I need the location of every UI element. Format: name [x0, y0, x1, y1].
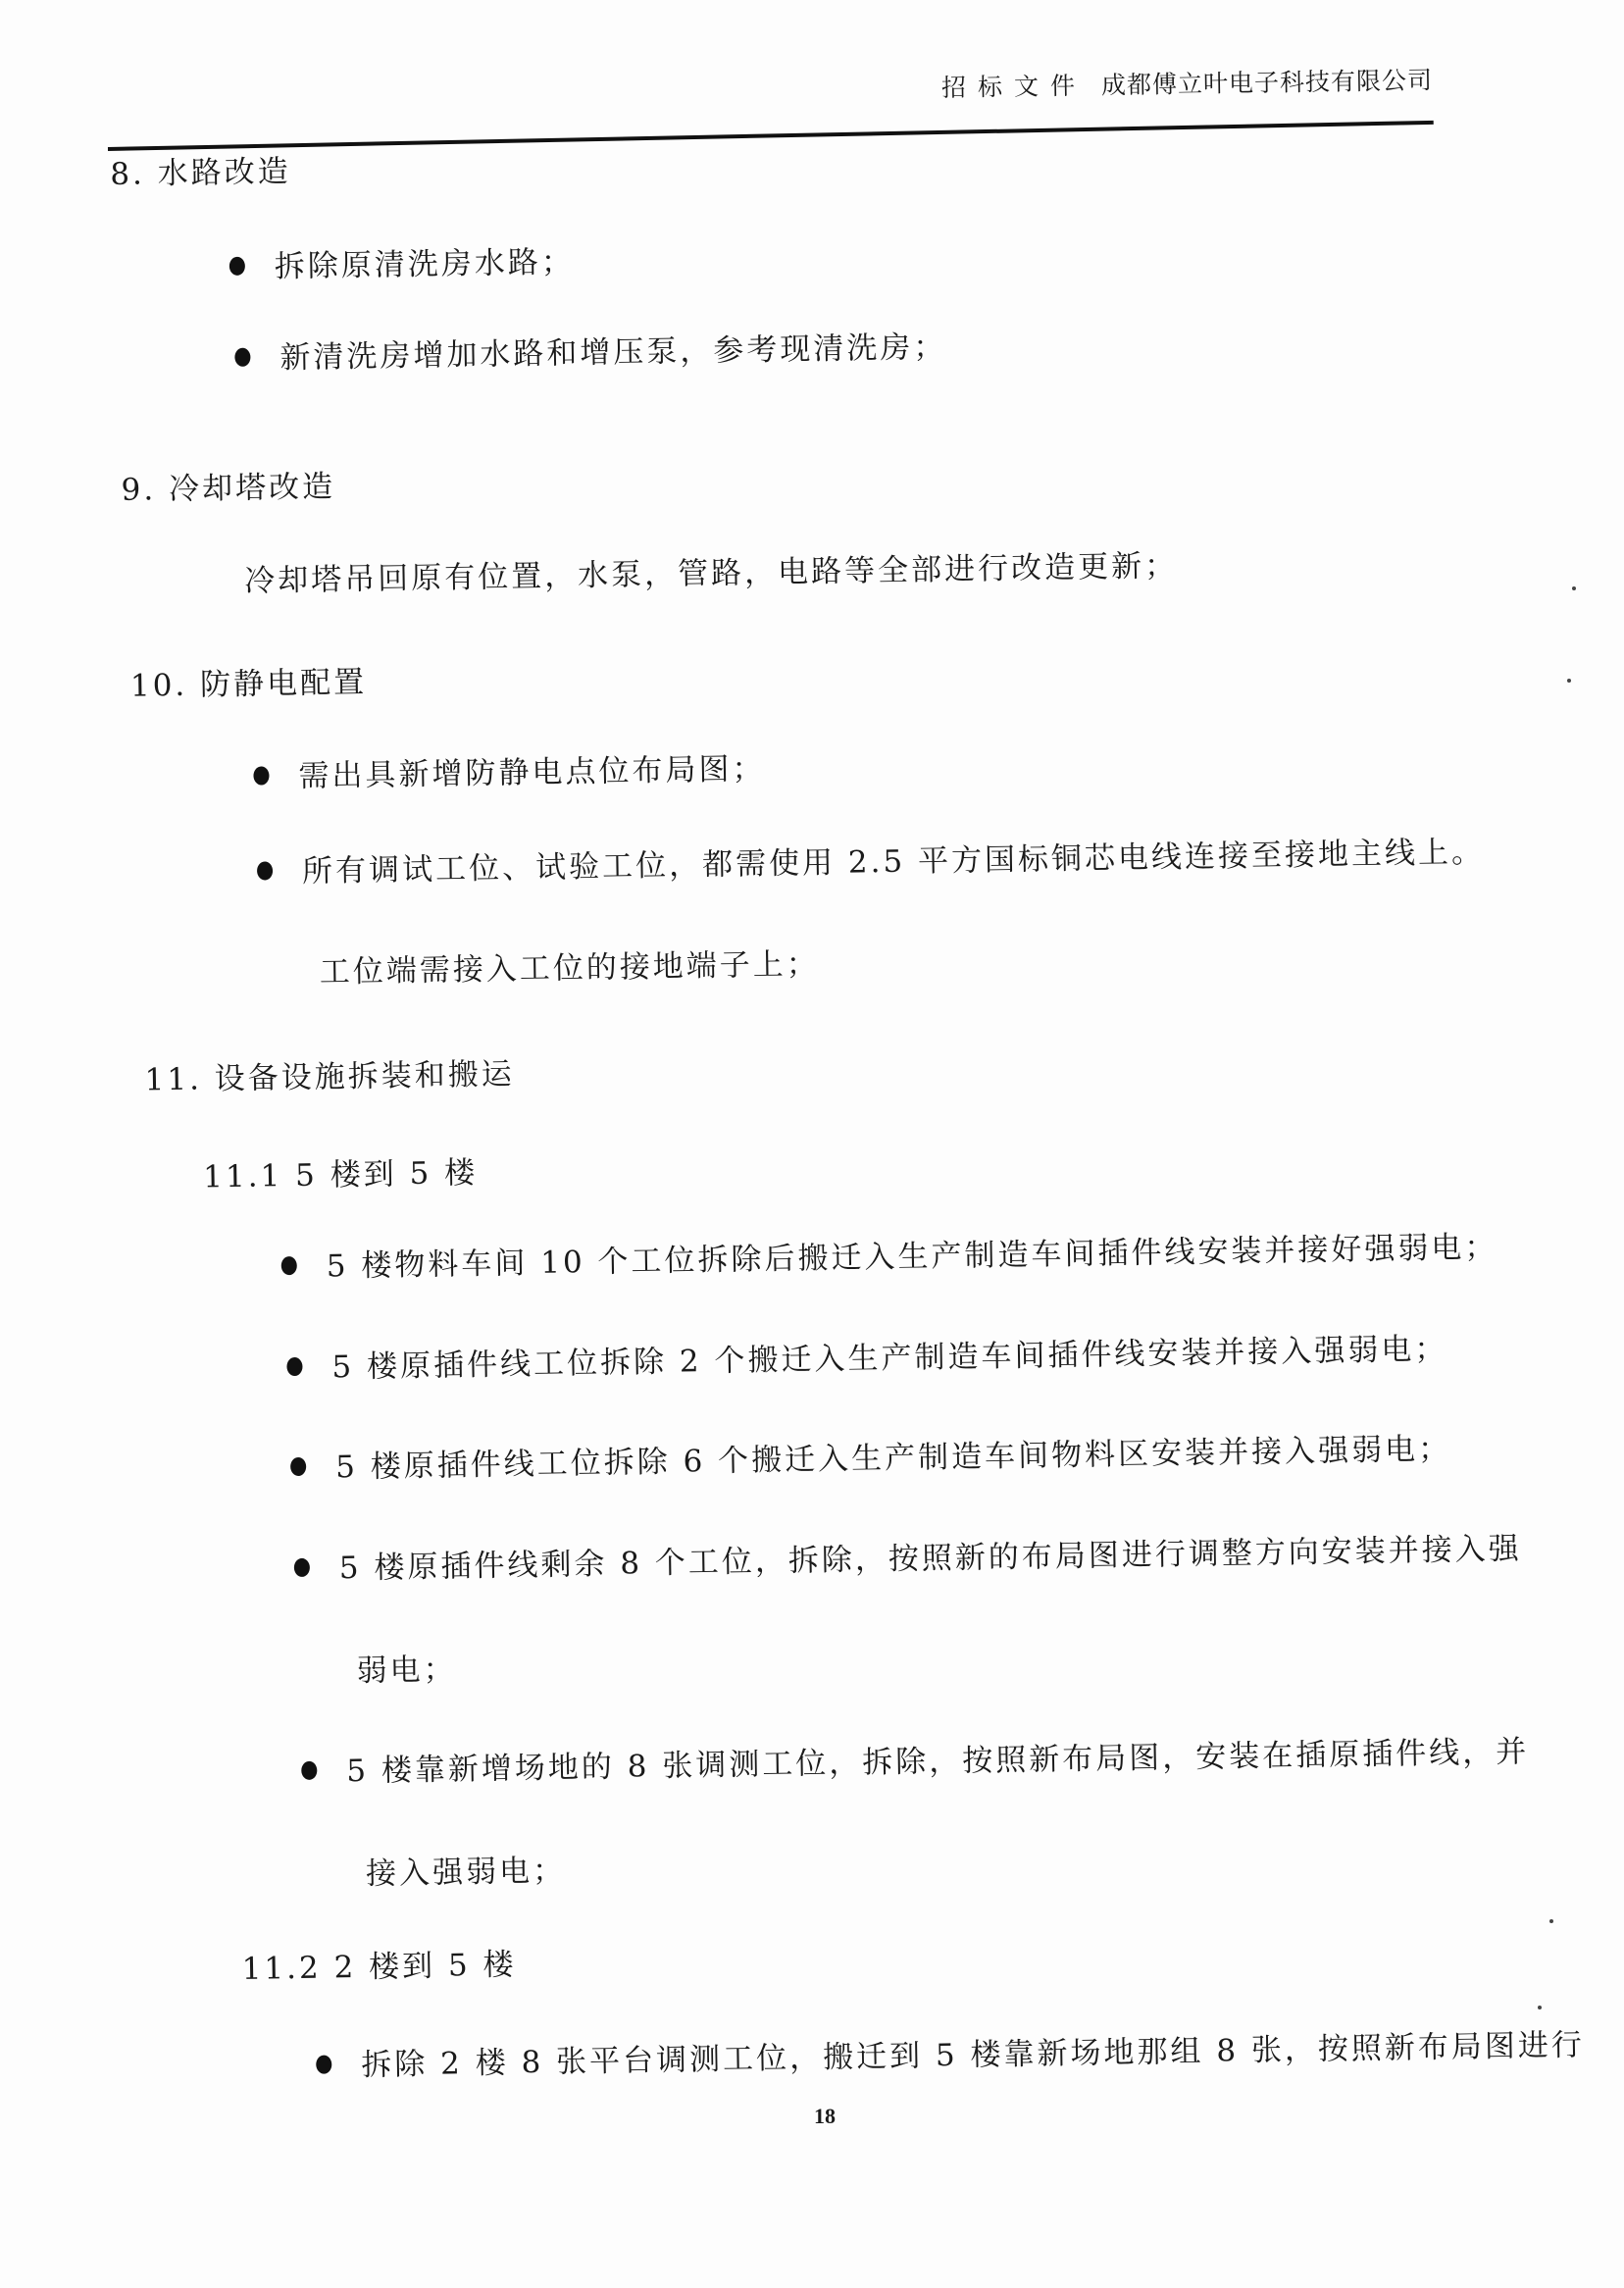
bullet-icon	[253, 766, 269, 785]
list-item-continuation: 弱电；	[356, 1650, 457, 1691]
bullet-icon	[316, 2055, 331, 2073]
list-item: 拆除 2 楼 8 张平台调测工位，搬迁到 5 楼靠新场地那组 8 张，按照新布局…	[316, 2025, 1585, 2085]
page-number: 18	[814, 2104, 836, 2129]
section-8-heading: 8. 水路改造	[110, 152, 291, 194]
subsection-11-2-heading: 11.2 2 楼到 5 楼	[241, 1945, 517, 1989]
scan-speck	[1549, 1919, 1553, 1923]
bullet-icon	[257, 861, 273, 880]
scan-speck	[1538, 2006, 1542, 2009]
list-item-continuation: 工位端需接入工位的接地端子上；	[319, 944, 820, 991]
bullet-icon	[301, 1761, 317, 1780]
list-item: 5 楼原插件线工位拆除 6 个搬迁入生产制造车间物料区安装并接入强弱电；	[290, 1429, 1452, 1488]
bullet-icon	[281, 1256, 297, 1275]
list-item: 5 楼物料车间 10 个工位拆除后搬迁入生产制造车间插件线安装并接好强弱电；	[280, 1228, 1497, 1288]
scan-speck	[1572, 586, 1576, 590]
section-11-heading: 11. 设备设施拆装和搬运	[144, 1054, 515, 1099]
bullet-icon	[286, 1357, 302, 1376]
list-item: 5 楼原插件线剩余 8 个工位，拆除，按照新的布局图进行调整方向安装并接入强	[294, 1529, 1523, 1589]
bullet-icon	[294, 1558, 310, 1577]
bullet-icon	[234, 348, 250, 367]
bullet-icon	[229, 257, 245, 276]
list-item: 所有调试工位、试验工位，都需使用 2.5 平方国标铜芯电线连接至接地主线上。	[257, 833, 1486, 892]
section-9-body: 冷却塔吊回原有位置，水泵，管路，电路等全部进行改造更新；	[244, 546, 1179, 601]
section-10-heading: 10. 防静电配置	[130, 663, 368, 706]
scan-speck	[1567, 679, 1571, 683]
section-9-heading: 9. 冷却塔改造	[121, 467, 335, 510]
list-item: 新清洗房增加水路和增压泵，参考现清洗房；	[234, 328, 947, 379]
document-page: 招标文件 成都傅立叶电子科技有限公司 8. 水路改造 拆除原清洗房水路； 新清洗…	[0, 0, 1624, 2288]
subsection-11-1-heading: 11.1 5 楼到 5 楼	[203, 1153, 479, 1197]
list-item: 5 楼原插件线工位拆除 2 个搬迁入生产制造车间插件线安装并接入强弱电；	[286, 1330, 1448, 1389]
bullet-icon	[290, 1457, 306, 1476]
list-item: 5 楼靠新增场地的 8 张调测工位，拆除，按照新布局图，安装在插原插件线，并	[301, 1732, 1530, 1792]
list-item: 拆除原清洗房水路；	[229, 242, 576, 287]
list-item-continuation: 接入强弱电；	[366, 1851, 567, 1893]
list-item: 需出具新增防静电点位布局图；	[253, 749, 766, 797]
page-body: 8. 水路改造 拆除原清洗房水路； 新清洗房增加水路和增压泵，参考现清洗房； 9…	[0, 0, 1624, 2288]
